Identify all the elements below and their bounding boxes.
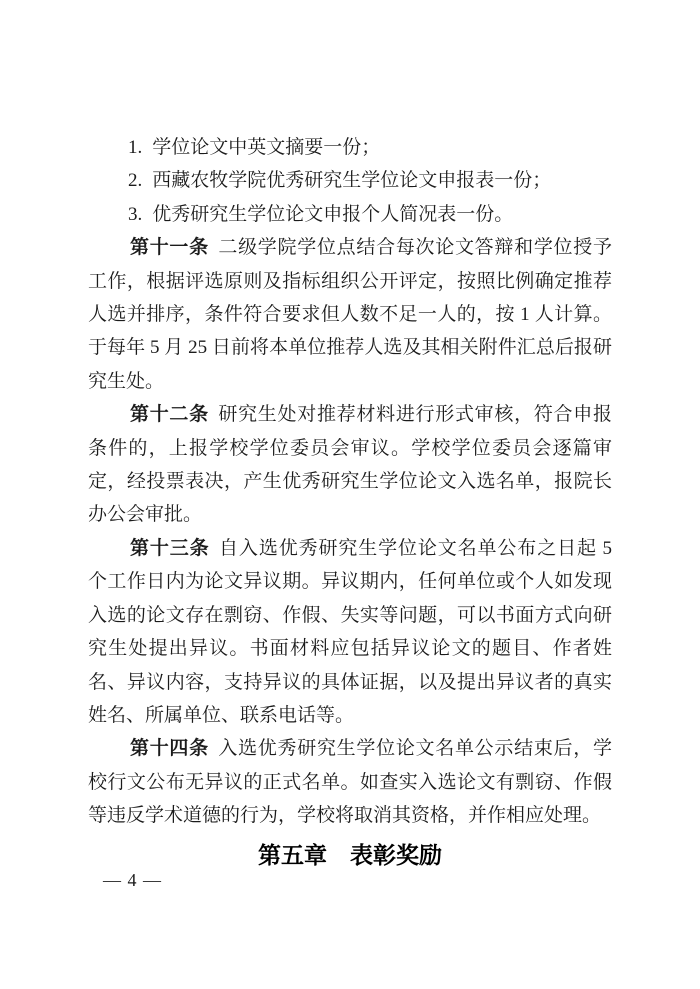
article-text: 自入选优秀研究生学位论文名单公布之日起 5 个工作日内为论文异议期。异议期内，任… [88, 538, 612, 726]
list-item-number: 2. [128, 164, 142, 197]
list-item-text: 优秀研究生学位论文申报个人简况表一份。 [152, 204, 513, 225]
document-body: 1.学位论文中英文摘要一份； 2.西藏农牧学院优秀研究生学位论文申报表一份； 3… [88, 131, 612, 872]
chapter-heading: 第五章 表彰奖励 [88, 839, 612, 872]
article-number: 第十四条 [130, 738, 209, 759]
article-paragraph: 第十一条二级学院学位点结合每次论文答辩和学位授予工作，根据评选原则及指标组织公开… [88, 231, 612, 398]
list-item-number: 1. [128, 131, 142, 164]
list-item: 2.西藏农牧学院优秀研究生学位论文申报表一份； [88, 164, 612, 197]
list-item-number: 3. [128, 198, 142, 231]
article-number: 第十一条 [130, 237, 209, 258]
page-number: — 4 — [103, 868, 162, 892]
list-item-text: 学位论文中英文摘要一份； [152, 137, 380, 158]
article-paragraph: 第十二条研究生处对推荐材料进行形式审核，符合申报条件的，上报学校学位委员会审议。… [88, 398, 612, 532]
article-number: 第十二条 [130, 404, 209, 425]
document-page: 1.学位论文中英文摘要一份； 2.西藏农牧学院优秀研究生学位论文申报表一份； 3… [0, 0, 700, 989]
list-item-text: 西藏农牧学院优秀研究生学位论文申报表一份； [152, 170, 551, 191]
article-text: 二级学院学位点结合每次论文答辩和学位授予工作，根据评选原则及指标组织公开评定，按… [88, 237, 612, 392]
list-item: 3.优秀研究生学位论文申报个人简况表一份。 [88, 198, 612, 231]
article-number: 第十三条 [130, 538, 210, 559]
article-paragraph: 第十四条入选优秀研究生学位论文名单公示结束后，学校行文公布无异议的正式名单。如查… [88, 732, 612, 832]
list-item: 1.学位论文中英文摘要一份； [88, 131, 612, 164]
article-paragraph: 第十三条自入选优秀研究生学位论文名单公布之日起 5 个工作日内为论文异议期。异议… [88, 532, 612, 732]
